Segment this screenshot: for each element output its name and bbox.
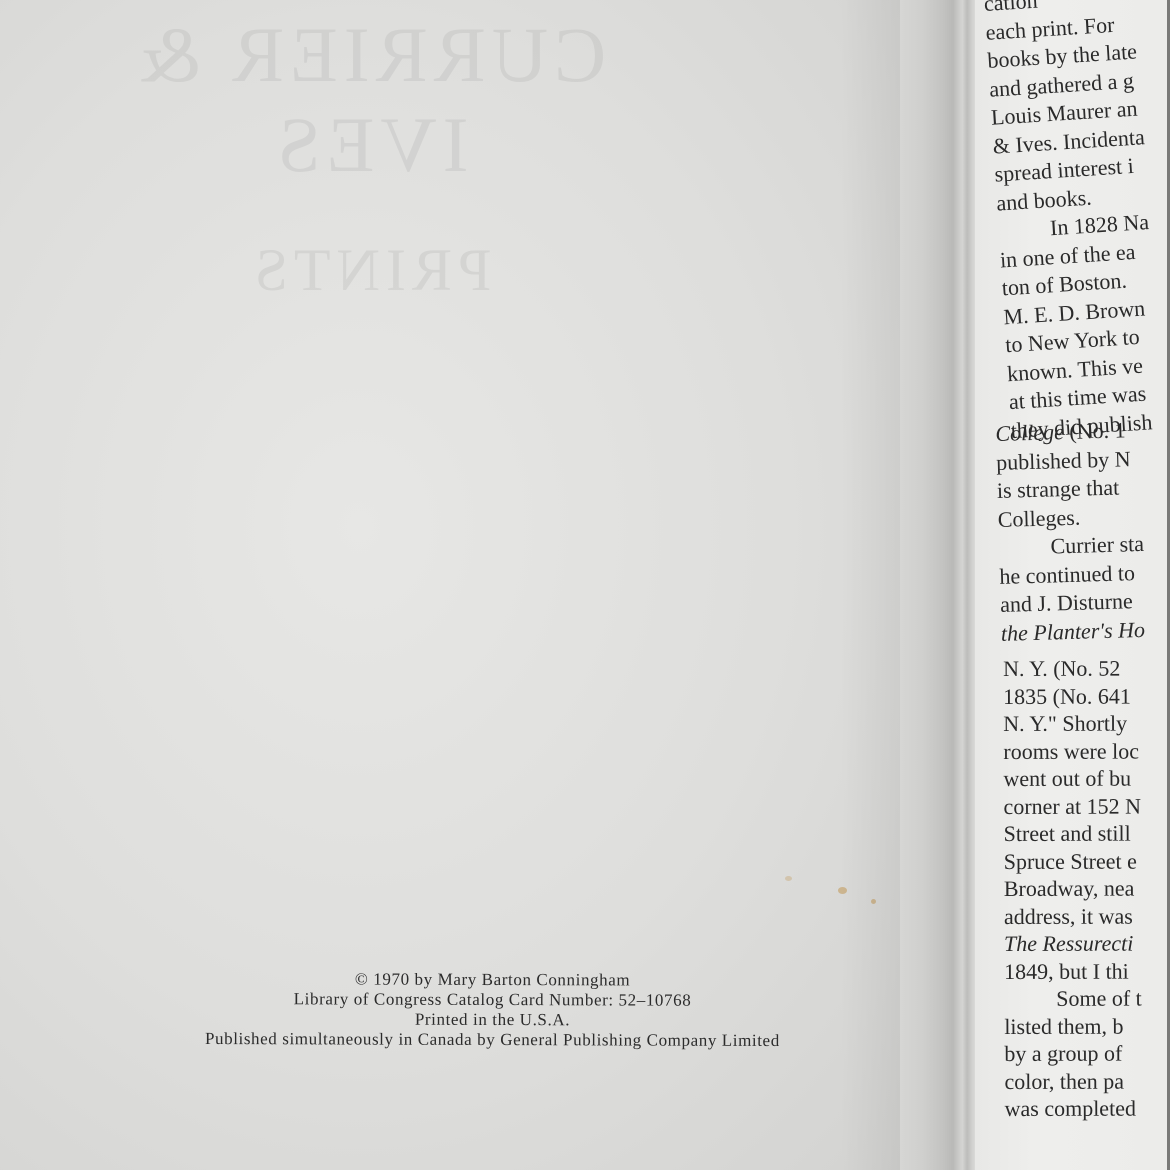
foxing-spot — [871, 899, 876, 904]
text-line: Some of t — [1004, 984, 1170, 1012]
left-page: CURRIER & IVES PRINTS © 1970 by Mary Bar… — [0, 0, 900, 1170]
right-page: cationeach print. Forbooks by the latean… — [975, 0, 1170, 1170]
text-line: went out of bu — [1003, 764, 1170, 792]
text-line: Street and still — [1004, 819, 1170, 847]
body-text-lower: N. Y. (No. 521835 (No. 641N. Y." Shortly… — [1003, 654, 1170, 1122]
foxing-spot — [838, 887, 847, 894]
text-line: 1835 (No. 641 — [1003, 682, 1170, 710]
body-text-middle: College (No. 1published by Nis strange t… — [995, 413, 1170, 648]
text-line: address, it was — [1004, 902, 1170, 930]
text-line: N. Y." Shortly — [1003, 709, 1170, 737]
text-line: Spruce Street e — [1004, 847, 1170, 875]
text-line: Broadway, nea — [1004, 874, 1170, 902]
show-through-title: CURRIER & IVES — [130, 10, 610, 190]
italic-title: the Planter's Ho — [1001, 616, 1146, 645]
book-gutter — [900, 0, 978, 1170]
text-line: The Ressurecti — [1004, 929, 1170, 957]
italic-title: College — [995, 419, 1064, 446]
text-line: listed them, b — [1004, 1012, 1170, 1040]
text-line: color, then pa — [1004, 1067, 1170, 1095]
foxing-spot — [785, 876, 792, 881]
text-line: was completed — [1005, 1094, 1170, 1122]
body-text-upper: cationeach print. Forbooks by the latean… — [983, 0, 1170, 445]
text-line: rooms were loc — [1003, 737, 1170, 765]
text-line: by a group of — [1004, 1039, 1170, 1067]
show-through-text: CURRIER & IVES PRINTS — [130, 10, 610, 310]
text-line: 1849, but I thi — [1004, 957, 1170, 985]
publisher-line: Published simultaneously in Canada by Ge… — [140, 1029, 845, 1051]
catalog-number-line: Library of Congress Catalog Card Number:… — [140, 989, 845, 1011]
text-line: corner at 152 N — [1003, 792, 1170, 820]
text-line: N. Y. (No. 52 — [1003, 654, 1170, 682]
copyright-line: © 1970 by Mary Barton Conningham — [140, 969, 845, 991]
printed-in-line: Printed in the U.S.A. — [140, 1009, 845, 1031]
copyright-notice: © 1970 by Mary Barton Conningham Library… — [140, 969, 845, 1051]
show-through-subtitle: PRINTS — [130, 230, 610, 310]
